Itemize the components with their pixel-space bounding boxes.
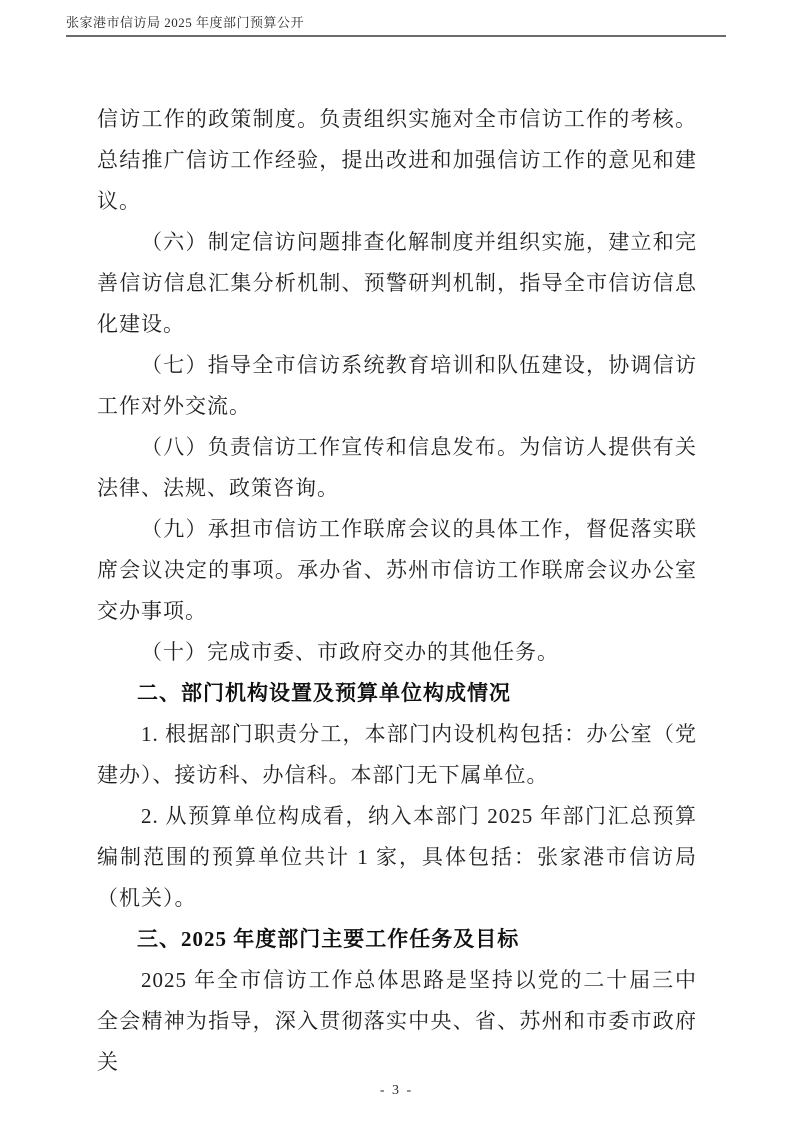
document-page: 张家港市信访局 2025 年度部门预算公开 信访工作的政策制度。负责组织实施对全… bbox=[0, 0, 793, 1122]
header-divider bbox=[66, 35, 726, 37]
paragraph: 2025 年全市信访工作总体思路是坚持以党的二十届三中全会精神为指导，深入贯彻落… bbox=[97, 960, 697, 1083]
header-title: 张家港市信访局 2025 年度部门预算公开 bbox=[66, 14, 726, 31]
paragraph: （十）完成市委、市政府交办的其他任务。 bbox=[97, 632, 697, 673]
paragraph: （六）制定信访问题排查化解制度并组织实施，建立和完善信访信息汇集分析机制、预警研… bbox=[97, 222, 697, 345]
paragraph: （九）承担市信访工作联席会议的具体工作，督促落实联席会议决定的事项。承办省、苏州… bbox=[97, 509, 697, 632]
document-body: 信访工作的政策制度。负责组织实施对全市信访工作的考核。总结推广信访工作经验，提出… bbox=[97, 99, 697, 1083]
section-heading: 二、部门机构设置及预算单位构成情况 bbox=[97, 673, 697, 714]
paragraph: 信访工作的政策制度。负责组织实施对全市信访工作的考核。总结推广信访工作经验，提出… bbox=[97, 99, 697, 222]
paragraph: （七）指导全市信访系统教育培训和队伍建设，协调信访工作对外交流。 bbox=[97, 345, 697, 427]
page-footer: - 3 - bbox=[0, 1081, 793, 1100]
paragraph: （八）负责信访工作宣传和信息发布。为信访人提供有关法律、法规、政策咨询。 bbox=[97, 427, 697, 509]
paragraph: 1. 根据部门职责分工，本部门内设机构包括：办公室（党建办）、接访科、办信科。本… bbox=[97, 714, 697, 796]
paragraph: 2. 从预算单位构成看，纳入本部门 2025 年部门汇总预算编制范围的预算单位共… bbox=[97, 796, 697, 919]
section-heading: 三、2025 年度部门主要工作任务及目标 bbox=[97, 919, 697, 960]
page-header: 张家港市信访局 2025 年度部门预算公开 bbox=[66, 14, 726, 37]
page-number: - 3 - bbox=[380, 1083, 413, 1098]
